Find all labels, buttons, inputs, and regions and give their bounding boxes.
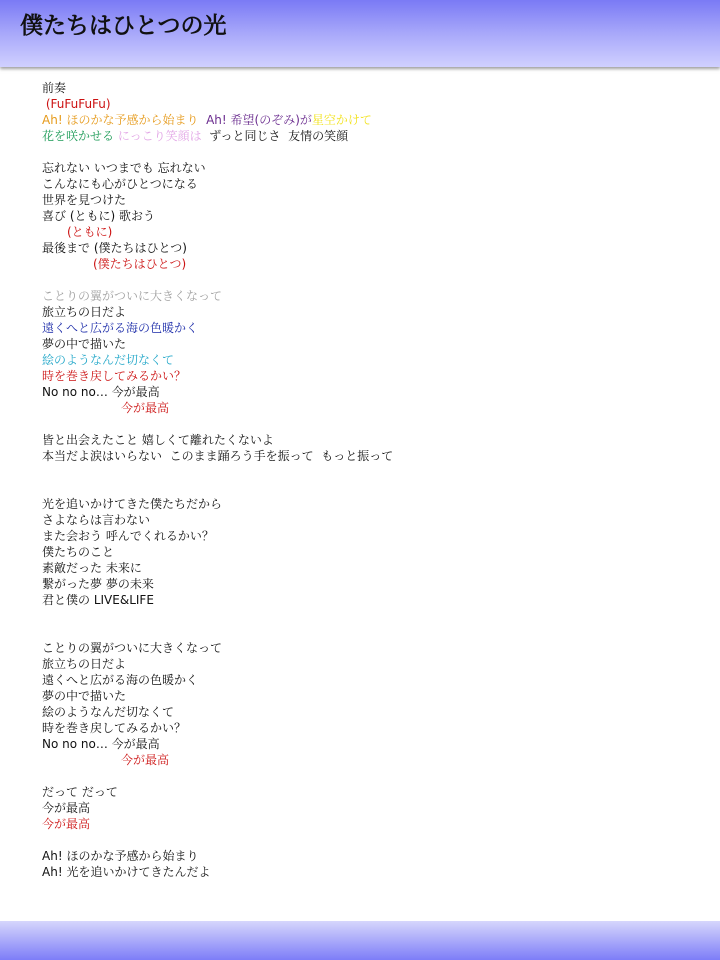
- lyric-line: ことりの翼がついに大きくなって: [42, 640, 702, 656]
- lyric-segment: ことりの翼がついに大きくなって: [42, 641, 222, 655]
- lyric-line: 繋がった夢 夢の未来: [42, 576, 702, 592]
- lyric-line: Ah! ほのかな予感から始まり Ah! 希望(のぞみ)が星空かけて: [42, 112, 702, 128]
- lyric-segment: 花を咲かせる: [42, 129, 118, 143]
- lyric-segment: 時を巻き戻してみるかい？: [42, 721, 186, 735]
- lyric-segment: 今が最高: [42, 817, 90, 831]
- blank-line: [42, 144, 702, 160]
- blank-line: [42, 480, 702, 496]
- lyric-line: ことりの翼がついに大きくなって: [42, 288, 702, 304]
- lyric-segment: 時を巻き戻してみるかい？: [42, 369, 186, 383]
- lyric-segment: ことりの翼がついに大きくなって: [42, 289, 222, 303]
- blank-line: [42, 464, 702, 480]
- lyric-segment: 前奏: [42, 81, 66, 95]
- lyric-segment: 夢の中で描いた: [42, 689, 126, 703]
- lyric-line: 素敵だった 未来に: [42, 560, 702, 576]
- lyric-segment: 遠くへと広がる海の色暖かく: [42, 321, 198, 335]
- lyric-segment: 世界を見つけた: [42, 193, 126, 207]
- lyric-segment: (僕たちはひとつ): [93, 257, 186, 271]
- lyric-line: 絵のようなんだ切なくて: [42, 704, 702, 720]
- lyric-segment: 最後まで (僕たちはひとつ): [42, 241, 187, 255]
- lyric-line: (僕たちはひとつ): [42, 256, 702, 272]
- lyric-segment: 今が最高: [42, 801, 90, 815]
- lyric-line: 今が最高: [42, 752, 702, 768]
- lyric-segment: 遠くへと広がる海の色暖かく: [42, 673, 198, 687]
- lyric-segment: 皆と出会えたこと 嬉しくて離れたくないよ: [42, 433, 274, 447]
- lyric-line: 最後まで (僕たちはひとつ): [42, 240, 702, 256]
- lyrics-body: 前奏 (FuFuFuFu)Ah! ほのかな予感から始まり Ah! 希望(のぞみ)…: [42, 80, 702, 880]
- lyric-line: 喜び (ともに) 歌おう: [42, 208, 702, 224]
- blank-line: [42, 624, 702, 640]
- blank-line: [42, 768, 702, 784]
- lyric-line: 夢の中で描いた: [42, 688, 702, 704]
- lyric-line: 遠くへと広がる海の色暖かく: [42, 672, 702, 688]
- lyric-segment: 光を追いかけてきた僕たちだから: [42, 497, 222, 511]
- blank-line: [42, 608, 702, 624]
- lyric-line: 旅立ちの日だよ: [42, 304, 702, 320]
- lyric-line: 本当だよ涙はいらない このまま踊ろう手を振って もっと振って: [42, 448, 702, 464]
- lyric-line: Ah! ほのかな予感から始まり: [42, 848, 702, 864]
- lyric-segment: Ah! 光を追いかけてきたんだよ: [42, 865, 210, 879]
- lyric-segment: 素敵だった 未来に: [42, 561, 142, 575]
- lyric-line: 世界を見つけた: [42, 192, 702, 208]
- lyric-line: 遠くへと広がる海の色暖かく: [42, 320, 702, 336]
- lyric-line: 時を巻き戻してみるかい？: [42, 368, 702, 384]
- lyric-line: また会おう 呼んでくれるかい？: [42, 528, 702, 544]
- lyric-line: 時を巻き戻してみるかい？: [42, 720, 702, 736]
- lyric-line: 今が最高: [42, 816, 702, 832]
- lyric-segment: 絵のようなんだ切なくて: [42, 353, 174, 367]
- lyric-segment: No no no… 今が最高: [42, 737, 160, 751]
- page-header: 僕たちはひとつの光: [0, 0, 720, 67]
- lyric-segment: ずっと同じさ 友情の笑顔: [209, 129, 348, 143]
- blank-line: [42, 272, 702, 288]
- lyric-segment: 絵のようなんだ切なくて: [42, 705, 174, 719]
- lyric-segment: No no no… 今が最高: [42, 385, 160, 399]
- lyric-segment: 繋がった夢 夢の未来: [42, 577, 154, 591]
- lyric-line: No no no… 今が最高: [42, 384, 702, 400]
- page-footer: [0, 921, 720, 960]
- lyric-line: 花を咲かせる にっこり笑顔は ずっと同じさ 友情の笑顔: [42, 128, 702, 144]
- lyric-segment: 今が最高: [121, 401, 169, 415]
- lyric-line: 僕たちのこと: [42, 544, 702, 560]
- lyric-line: 君と僕の LIVE&LIFE: [42, 592, 702, 608]
- lyric-line: 前奏: [42, 80, 702, 96]
- lyric-segment: (FuFuFuFu): [42, 97, 111, 111]
- lyric-segment: 喜び (ともに) 歌おう: [42, 209, 155, 223]
- lyric-segment: Ah! ほのかな予感から始まり: [42, 849, 198, 863]
- lyric-line: (ともに): [42, 224, 702, 240]
- lyric-segment: また会おう 呼んでくれるかい？: [42, 529, 214, 543]
- lyric-line: 今が最高: [42, 800, 702, 816]
- lyric-segment: だって だって: [42, 785, 118, 799]
- page-title: 僕たちはひとつの光: [20, 11, 227, 41]
- lyric-line: 忘れない いつまでも 忘れない: [42, 160, 702, 176]
- lyric-line: 光を追いかけてきた僕たちだから: [42, 496, 702, 512]
- blank-line: [42, 832, 702, 848]
- lyric-line: こんなにも心がひとつになる: [42, 176, 702, 192]
- lyric-line: 今が最高: [42, 400, 702, 416]
- lyric-line: さよならは言わない: [42, 512, 702, 528]
- lyric-line: No no no… 今が最高: [42, 736, 702, 752]
- lyric-line: 夢の中で描いた: [42, 336, 702, 352]
- lyric-segment: 君と僕の LIVE&LIFE: [42, 593, 154, 607]
- lyric-line: 皆と出会えたこと 嬉しくて離れたくないよ: [42, 432, 702, 448]
- lyric-line: (FuFuFuFu): [42, 96, 702, 112]
- lyric-segment: 旅立ちの日だよ: [42, 305, 126, 319]
- lyric-segment: 忘れない いつまでも 忘れない: [42, 161, 206, 175]
- lyric-segment: 僕たちのこと: [42, 545, 114, 559]
- lyric-line: 旅立ちの日だよ: [42, 656, 702, 672]
- lyric-line: だって だって: [42, 784, 702, 800]
- lyric-segment: さよならは言わない: [42, 513, 150, 527]
- lyric-segment: Ah! ほのかな予感から始まり: [42, 113, 206, 127]
- lyric-segment: 星空かけて: [312, 113, 372, 127]
- blank-line: [42, 416, 702, 432]
- lyric-segment: 今が最高: [121, 753, 169, 767]
- lyric-line: 絵のようなんだ切なくて: [42, 352, 702, 368]
- lyric-segment: 本当だよ涙はいらない このまま踊ろう手を振って もっと振って: [42, 449, 393, 463]
- lyric-segment: Ah! 希望(のぞみ)が: [206, 113, 312, 127]
- lyric-segment: 旅立ちの日だよ: [42, 657, 126, 671]
- lyric-segment: 夢の中で描いた: [42, 337, 126, 351]
- lyric-segment: にっこり笑顔は: [118, 129, 209, 143]
- lyric-line: Ah! 光を追いかけてきたんだよ: [42, 864, 702, 880]
- lyric-segment: (ともに): [67, 225, 112, 239]
- lyric-segment: こんなにも心がひとつになる: [42, 177, 198, 191]
